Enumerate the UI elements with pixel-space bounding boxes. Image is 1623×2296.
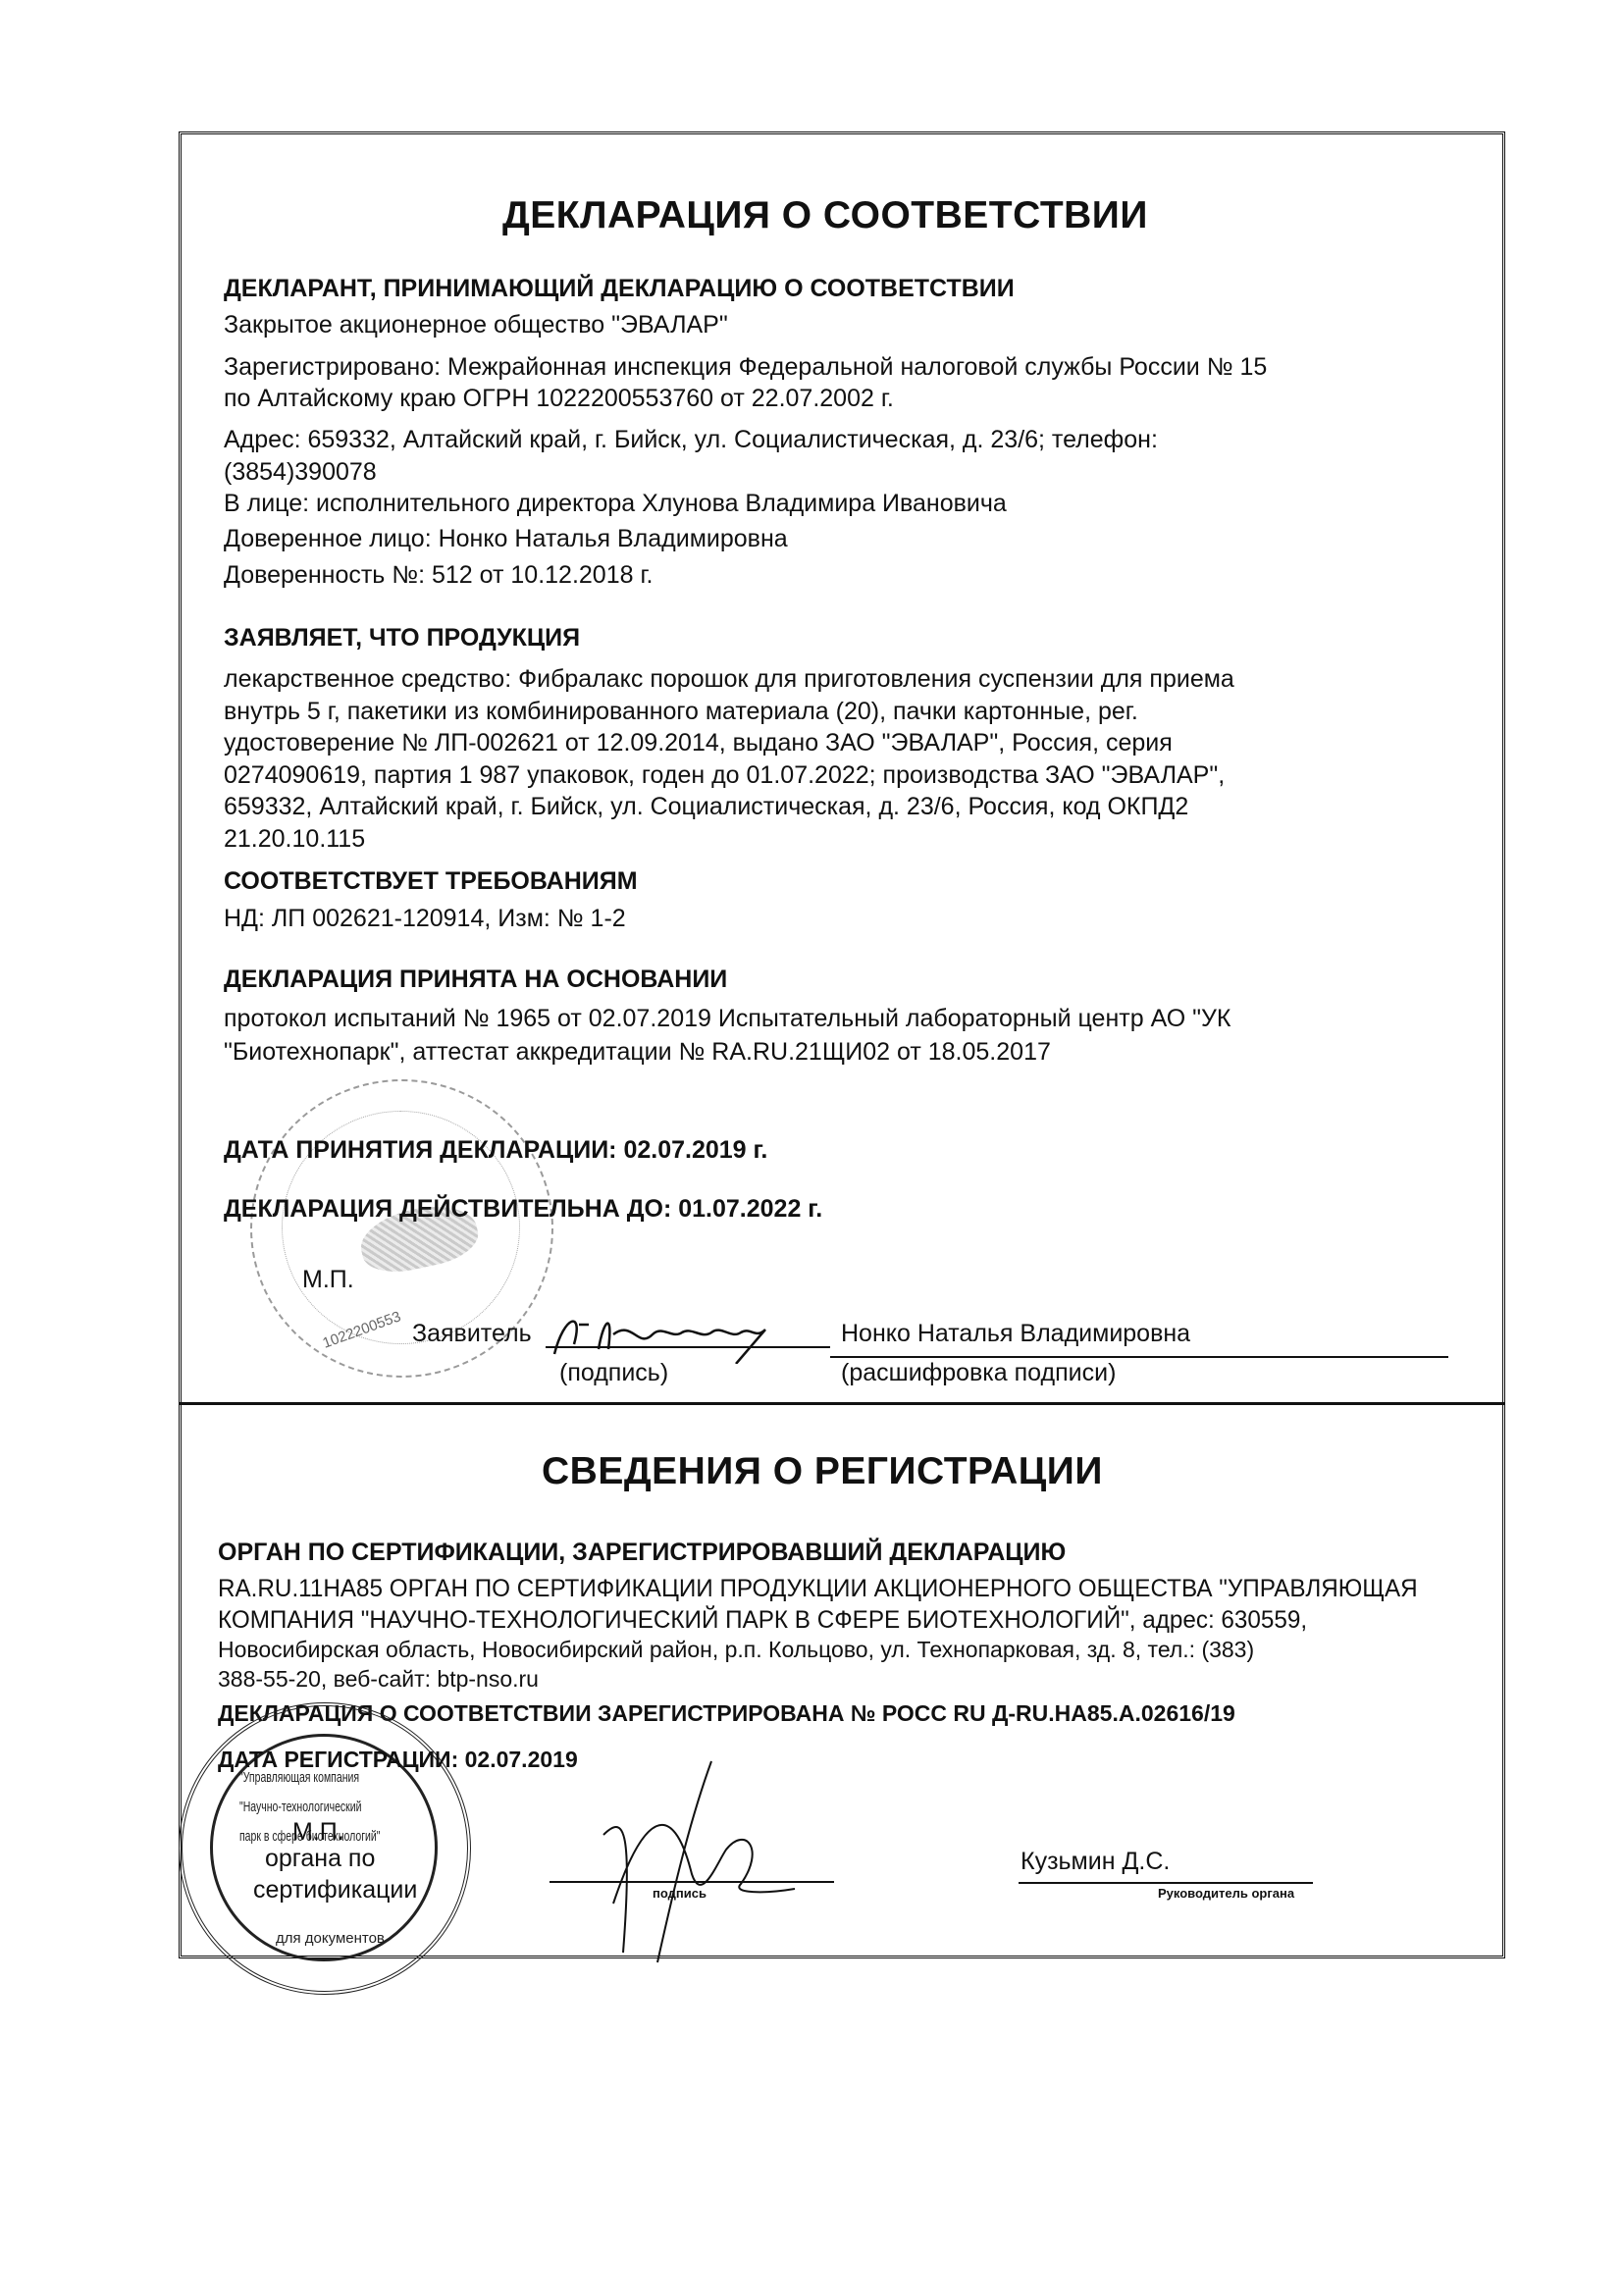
applicant-signature-icon [545,1305,839,1364]
applicant-name-line [830,1356,1448,1358]
head-name: Кузьмин Д.С. [1021,1848,1170,1876]
basis-line1: протокол испытаний № 1965 от 02.07.2019 … [224,1003,1230,1035]
product-line: лекарственное средство: Фибралакс порошо… [224,663,1234,696]
cert-seal-label-line2: органа по [265,1845,375,1873]
registration-title: СВЕДЕНИЯ О РЕГИСТРАЦИИ [542,1450,1103,1493]
document-title: ДЕКЛАРАЦИЯ О СООТВЕТСТВИИ [502,194,1148,237]
declarant-heading: ДЕКЛАРАНТ, ПРИНИМАЮЩИЙ ДЕКЛАРАЦИЮ О СООТ… [224,275,1015,303]
head-caption: Руководитель органа [1158,1886,1294,1901]
registration-body-heading: ОРГАН ПО СЕРТИФИКАЦИИ, ЗАРЕГИСТРИРОВАВШИ… [218,1539,1066,1567]
declarant-address-line2: (3854)390078 [224,456,377,489]
declarant-represented-by: В лице: исполнительного директора Хлунов… [224,488,1007,520]
cert-seal-label: М.П. [292,1818,344,1847]
stamp-ring-text: для документов [276,1930,385,1947]
signature-caption: (подпись) [559,1359,668,1387]
basis-line2: "Биотехнопарк", аттестат аккредитации № … [224,1036,1051,1069]
section-divider [179,1402,1505,1405]
product-line: 0274090619, партия 1 987 упаковок, годен… [224,759,1225,792]
seal-place-label: М.П. [302,1266,354,1294]
product-line: 21.20.10.115 [224,823,365,856]
head-name-line [1019,1882,1313,1884]
product-heading: ЗАЯВЛЯЕТ, ЧТО ПРОДУКЦИЯ [224,624,580,652]
declarant-power-of-attorney: Доверенность №: 512 от 10.12.2018 г. [224,559,653,592]
requirements-text: НД: ЛП 002621-120914, Изм: № 1-2 [224,903,626,935]
declarant-registered-line2: по Алтайскому краю ОГРН 1022200553760 от… [224,383,894,415]
registration-body-line: RA.RU.11НА85 ОРГАН ПО СЕРТИФИКАЦИИ ПРОДУ… [218,1575,1418,1603]
registration-date: ДАТА РЕГИСТРАЦИИ: 02.07.2019 [218,1747,578,1773]
declarant-trustee: Доверенное лицо: Нонко Наталья Владимиро… [224,523,788,555]
product-line: внутрь 5 г, пакетики из комбинированного… [224,696,1138,728]
basis-heading: ДЕКЛАРАЦИЯ ПРИНЯТА НА ОСНОВАНИИ [224,965,727,994]
applicant-name: Нонко Наталья Владимировна [841,1320,1190,1348]
name-caption: (расшифровка подписи) [841,1359,1116,1387]
head-signature-icon [584,1756,839,1967]
declarant-registered-line1: Зарегистрировано: Межрайонная инспекция … [224,351,1267,384]
head-signature-caption: подпись [653,1886,707,1901]
registration-body-line: 388-55-20, веб-сайт: btp-nso.ru [218,1666,539,1693]
product-line: 659332, Алтайский край, г. Бийск, ул. Со… [224,791,1188,823]
applicant-signature-line [546,1346,830,1348]
registration-body-line: КОМПАНИЯ "НАУЧНО-ТЕХНОЛОГИЧЕСКИЙ ПАРК В … [218,1606,1307,1635]
product-line: удостоверение № ЛП-002621 от 12.09.2014,… [224,727,1173,759]
cert-seal-label-line3: сертификации [253,1876,417,1905]
declarant-address-line1: Адрес: 659332, Алтайский край, г. Бийск,… [224,424,1158,456]
registration-body-line: Новосибирская область, Новосибирский рай… [218,1637,1254,1663]
requirements-heading: СООТВЕТСТВУЕТ ТРЕБОВАНИЯМ [224,867,638,896]
applicant-label: Заявитель [412,1320,532,1348]
head-signature-line [550,1881,834,1883]
date-accepted: ДАТА ПРИНЯТИЯ ДЕКЛАРАЦИИ: 02.07.2019 г. [224,1136,767,1165]
date-valid-until: ДЕКЛАРАЦИЯ ДЕЙСТВИТЕЛЬНА ДО: 01.07.2022 … [224,1195,822,1224]
declarant-company: Закрытое акционерное общество "ЭВАЛАР" [224,309,728,341]
